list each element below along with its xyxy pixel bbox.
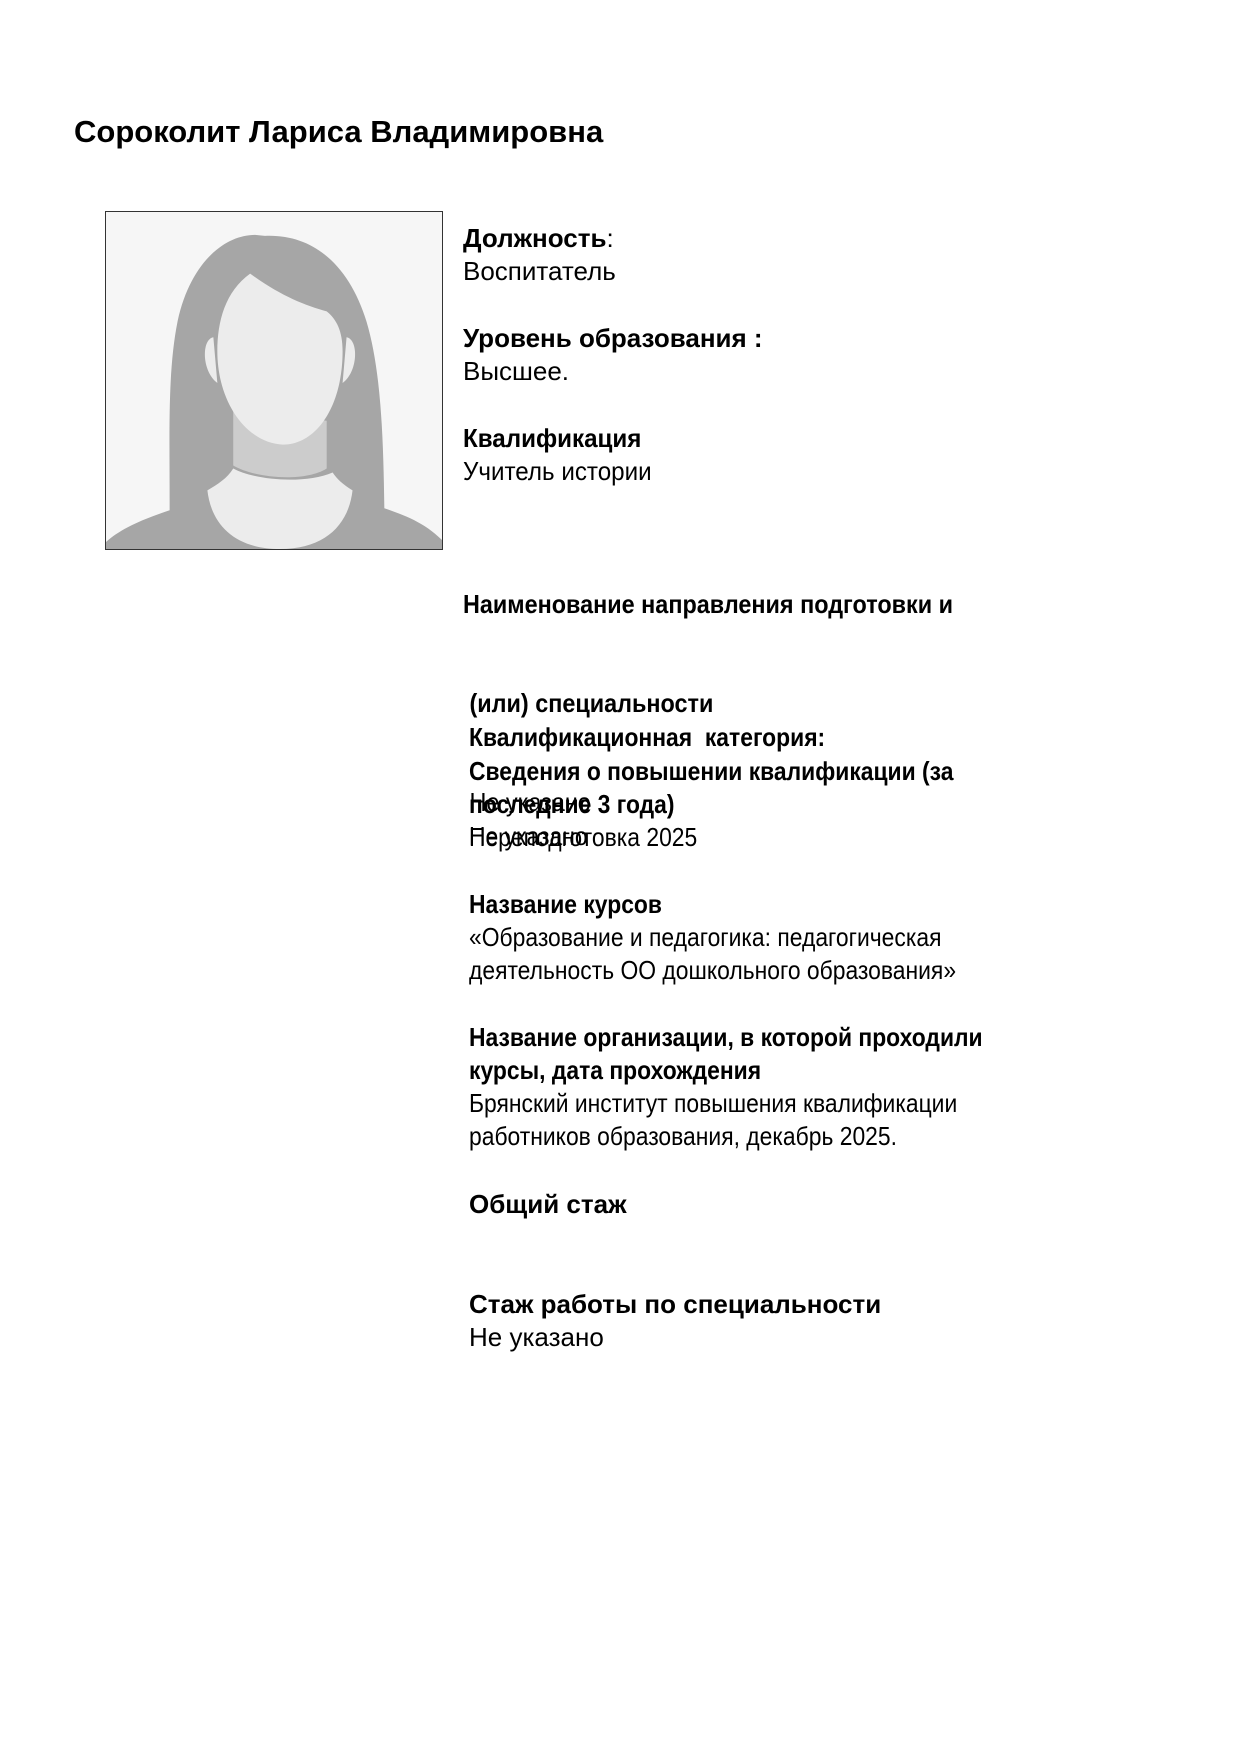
field-label-line: курсы, дата прохождения [469, 1054, 983, 1087]
field-education-level: Уровень образования : Высшее. [463, 322, 763, 388]
field-label: Стаж работы по специальности [469, 1288, 881, 1321]
field-qualification: Квалификация Учитель истории [463, 422, 652, 488]
female-avatar-placeholder-icon [106, 212, 442, 549]
field-label: Уровень образования : [463, 322, 763, 355]
field-value: Переподготовка 2025 [469, 821, 953, 854]
field-total-experience: Общий стаж [469, 1188, 627, 1221]
field-label: Квалификация [463, 422, 652, 455]
page-title: Сороколит Лариса Владимировна [74, 114, 603, 150]
field-professional-development: Сведения о повышении квалификации (за по… [469, 755, 953, 854]
field-course-name: Название курсов «Образование и педагогик… [469, 888, 956, 987]
field-label-line: Сведения о повышении квалификации (за [469, 755, 953, 788]
field-position: Должность: Воспитатель [463, 222, 616, 288]
field-value-line: «Образование и педагогика: педагогическа… [469, 921, 956, 954]
field-value-line: деятельность ОО дошкольного образования» [469, 954, 956, 987]
field-label: Квалификационная категория: [469, 721, 825, 754]
field-value: Учитель истории [463, 455, 652, 488]
field-organization: Название организации, в которой проходил… [469, 1021, 983, 1153]
field-label: Должность: [463, 222, 616, 255]
field-label-line: Название организации, в которой проходил… [469, 1021, 983, 1054]
field-value: Не указано [469, 1321, 881, 1354]
field-value: Высшее. [463, 355, 763, 388]
field-value: Воспитатель [463, 255, 616, 288]
field-label: Общий стаж [469, 1188, 627, 1221]
field-label-line: последние 3 года) [469, 788, 953, 821]
field-specialty-experience: Стаж работы по специальности Не указано [469, 1288, 881, 1354]
field-value-line: Брянский институт повышения квалификации [469, 1087, 983, 1120]
field-label-line: Наименование направления подготовки и [463, 588, 953, 621]
profile-photo [105, 211, 443, 550]
field-label: Название курсов [469, 888, 956, 921]
field-value-line: работников образования, декабрь 2025. [469, 1120, 983, 1153]
